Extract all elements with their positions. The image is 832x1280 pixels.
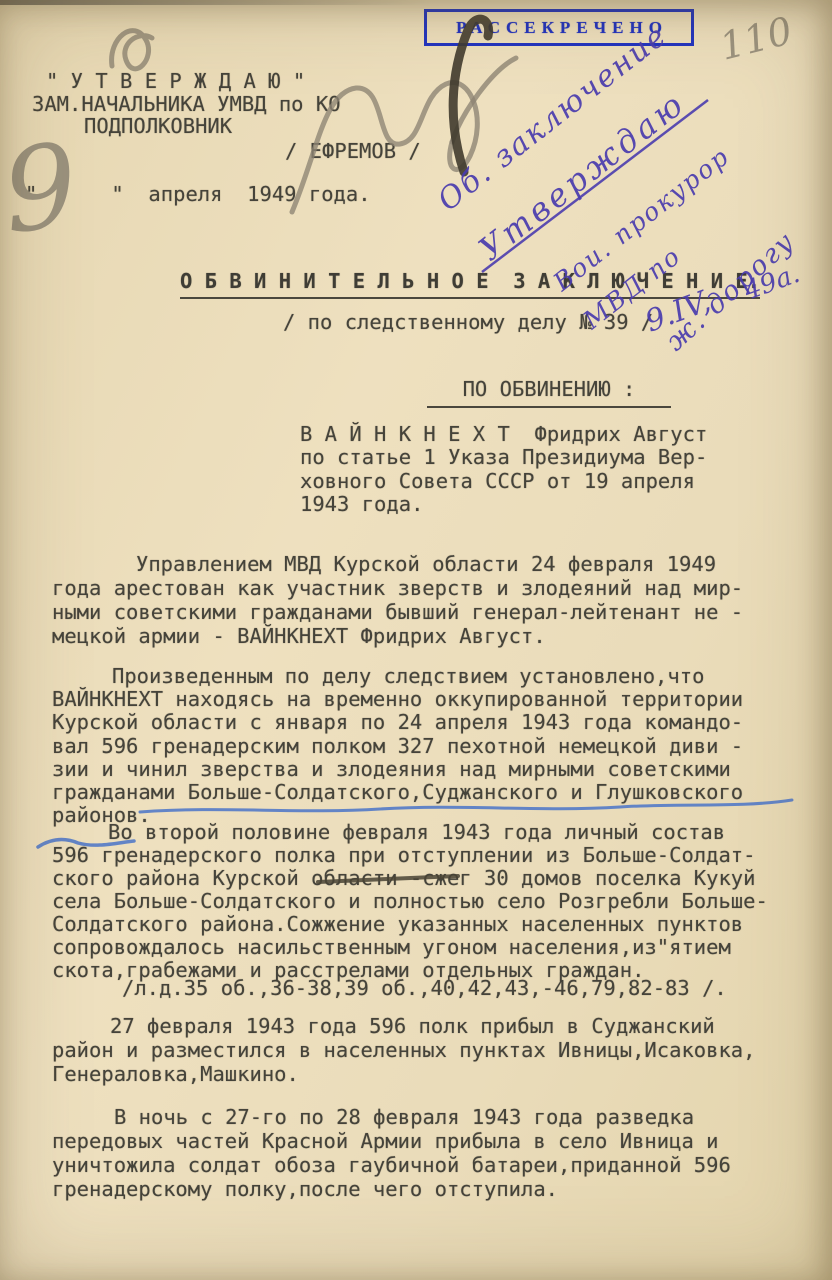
pencil-signature-tail: [452, 58, 516, 142]
approver-position-line1: ЗАМ.НАЧАЛЬНИКА УМВД по КО: [32, 93, 341, 116]
ink-underline-diagonal: [482, 100, 708, 272]
pencil-scrawl: [112, 31, 152, 69]
case-number-subtitle: / по следственному делу № 39 /: [283, 311, 653, 334]
paragraph-investigation: Произведенным по делу следствием установ…: [52, 665, 743, 827]
declassified-stamp: РАССЕКРЕЧЕНО: [424, 9, 694, 46]
case-sheet-citation: /л.д.35 об.,36-38,39 об.,40,42,43,-46,79…: [122, 977, 727, 1000]
paragraph-burnings: Во второй половине февраля 1943 года лич…: [52, 821, 768, 982]
accused-person-block: В А Й Н К Н Е Х Т Фридрих Август по стат…: [300, 423, 707, 517]
declassified-stamp-label: РАССЕКРЕЧЕНО: [456, 18, 668, 38]
paragraph-recon-night: В ночь с 27-го по 28 февраля 1943 года р…: [52, 1105, 731, 1201]
scanned-document-page: РАССЕКРЕЧЕНО " У Т В Е Р Ж Д А Ю " ЗАМ.Н…: [0, 0, 832, 1280]
approver-position-line2: ПОДПОЛКОВНИК: [84, 115, 232, 138]
ink-note-line1: Об. заключение: [431, 18, 674, 219]
page-number-pencil: 110: [716, 8, 797, 68]
scan-edge-shadow: [0, 0, 430, 5]
document-title: О Б В И Н И Т Е Л Ь Н О Е З А К Л Ю Ч Е …: [180, 270, 760, 299]
ink-note-line2: Утверждаю: [472, 84, 694, 269]
approval-quote: " У Т В Е Р Ж Д А Ю ": [46, 70, 305, 93]
approval-date-line: " " апреля 1949 года.: [25, 183, 371, 206]
paragraph-arrest: Управлением МВД Курской области 24 февра…: [52, 552, 743, 648]
paragraph-regiment-arrival: 27 февраля 1943 года 596 полк прибыл в С…: [52, 1014, 756, 1086]
approver-name: / ЕФРЕМОВ /: [285, 140, 421, 163]
accusation-heading: ПО ОБВИНЕНИЮ :: [427, 378, 671, 408]
